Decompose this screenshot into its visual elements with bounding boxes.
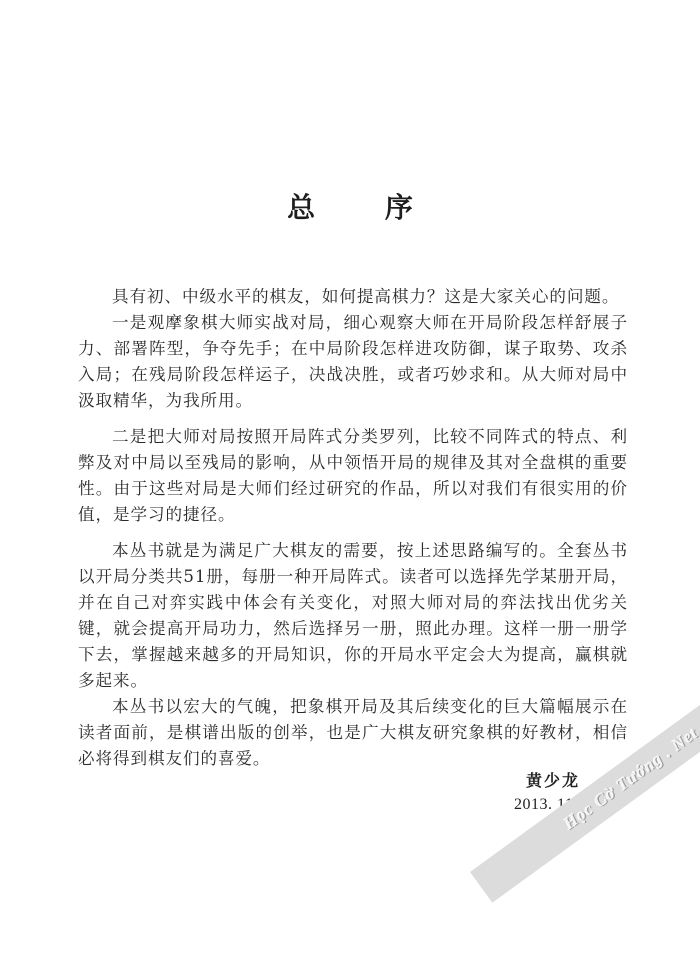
author-signature: 黄少龙 [526,768,580,791]
paragraph-3: 二是把大师对局按照开局阵式分类罗列，比较不同阵式的特点、利弊及对中局以至残局的影… [78,424,628,528]
paragraph-5: 本丛书以宏大的气魄，把象棋开局及其后续变化的巨大篇幅展示在读者面前，是棋谱出版的… [78,694,628,772]
page-title: 总 序 [0,186,700,226]
document-page: 总 序 具有初、中级水平的棋友，如何提高棋力？这是大家关心的问题。 一是观摩象棋… [0,0,700,974]
paragraph-1: 具有初、中级水平的棋友，如何提高棋力？这是大家关心的问题。 [78,284,628,310]
preface-body: 具有初、中级水平的棋友，如何提高棋力？这是大家关心的问题。 一是观摩象棋大师实战… [78,284,628,772]
paragraph-2: 一是观摩象棋大师实战对局，细心观察大师在开局阶段怎样舒展子力、部署阵型，争夺先手… [78,310,628,414]
paragraph-4: 本丛书就是为满足广大棋友的需要，按上述思路编写的。全套丛书以开局分类共51册，每… [78,538,628,694]
